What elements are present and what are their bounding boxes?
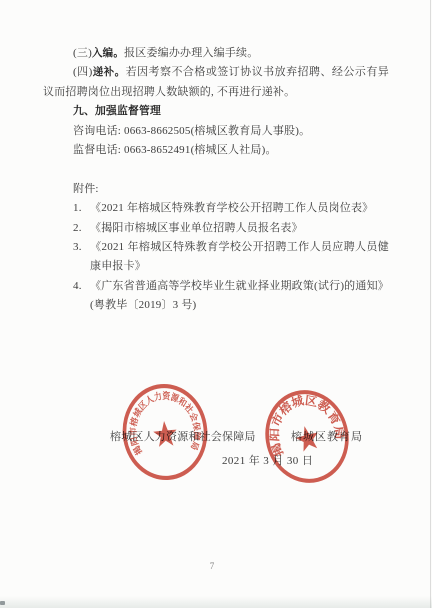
scan-shadow-artifact: [0, 596, 432, 608]
attachment-title: 《2021 年榕城区特殊教育学校公开招聘工作人员岗位表》: [90, 202, 373, 214]
svg-text:揭阳市榕城区教育局: 揭阳市榕城区教育局: [259, 386, 348, 460]
attachment-number: 1.: [73, 199, 90, 218]
supervise-phone-line: 监督电话: 0663-8652491(榕城区人社局)。: [43, 141, 389, 160]
attachment-item: 2.《揭阳市榕城区事业单位招聘人员报名表》: [73, 219, 389, 238]
attachment-item: 4.《广东省普通高等学校毕业生就业择业期政策(试行)的通知》(粤教毕〔2019〕…: [73, 277, 389, 316]
paragraph-item4: (四)递补。若因考察不合格或签订协议书放弃招聘、经公示有异议而招聘岗位出现招聘人…: [43, 63, 389, 102]
item3-term: 入编。: [92, 47, 124, 59]
signature-date: 2021 年 3 月 30 日: [222, 452, 313, 468]
attachment-item: 1.《2021 年榕城区特殊教育学校公开招聘工作人员岗位表》: [73, 199, 389, 218]
svg-text:揭阳市榕城区人力资源和社会保障局: 揭阳市榕城区人力资源和社会保障局: [124, 386, 205, 458]
attachment-item: 3.《2021 年榕城区特殊教育学校公开招聘工作人员应聘人员健康申报卡》: [73, 238, 389, 277]
scan-speck-artifact: [0, 601, 5, 605]
section-heading: 九、加强监督管理: [43, 102, 389, 121]
item3-prefix: (三): [73, 47, 92, 59]
attachment-title: 《2021 年榕城区特殊教育学校公开招聘工作人员应聘人员健康申报卡》: [90, 241, 389, 272]
attachment-number: 4.: [73, 277, 90, 296]
scan-edge-artifact: [430, 0, 431, 608]
seal-ring-text: 揭阳市榕城区教育局: [259, 386, 348, 460]
paragraph-item3: (三)入编。报区委编办办理入编手续。: [43, 44, 389, 63]
item4-prefix: (四): [73, 66, 92, 78]
attachment-number: 2.: [73, 219, 90, 238]
attachments-label: 附件:: [73, 180, 389, 199]
attachment-title: 《揭阳市榕城区事业单位招聘人员报名表》: [90, 222, 303, 234]
attachment-title: 《广东省普通高等学校毕业生就业择业期政策(试行)的通知》(粤教毕〔2019〕3 …: [90, 280, 389, 311]
scanned-document-page: (三)入编。报区委编办办理入编手续。 (四)递补。若因考察不合格或签订协议书放弃…: [0, 0, 432, 608]
page-number: 7: [0, 561, 424, 571]
signature-org-right: 榕城区教育局: [291, 428, 363, 444]
seal-ring-text: 揭阳市榕城区人力资源和社会保障局: [124, 386, 205, 458]
attachments-list: 附件: 1.《2021 年榕城区特殊教育学校公开招聘工作人员岗位表》 2.《揭阳…: [73, 180, 389, 316]
consult-phone-line: 咨询电话: 0663-8662505(榕城区教育局人事股)。: [43, 122, 389, 141]
item4-term: 递补。: [92, 66, 125, 78]
signature-org-left: 榕城区人力资源和社会保障局: [110, 428, 256, 444]
document-body: (三)入编。报区委编办办理入编手续。 (四)递补。若因考察不合格或签订协议书放弃…: [43, 44, 389, 316]
item3-text: 报区委编办办理入编手续。: [124, 47, 258, 59]
attachment-number: 3.: [73, 238, 90, 257]
